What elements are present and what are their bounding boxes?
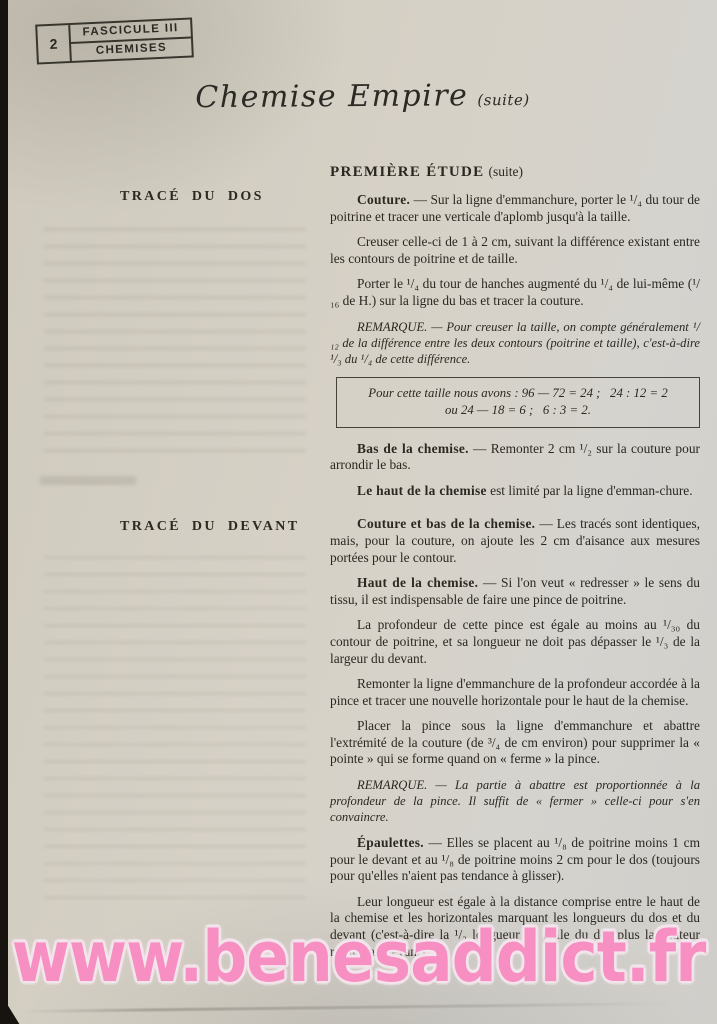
formula-box: Pour cette taille nous avons : 96 — 72 =… [336, 377, 700, 428]
paragraph: Couture et bas de la chemise. — Les trac… [330, 516, 700, 566]
paragraph: Couture. — Sur la ligne d'emmanchure, po… [330, 192, 700, 225]
formula-line: ou 24 — 18 = 6 ; 6 : 3 = 2. [341, 402, 695, 419]
paragraph: Haut de la chemise. — Si l'on veut « red… [330, 575, 700, 608]
section-heading-main: PREMIÈRE ÉTUDE [330, 164, 484, 180]
paragraph: Le haut de la chemise est limité par la … [330, 483, 700, 500]
paragraph: Placer la pince sous la ligne d'emmanchu… [330, 718, 700, 768]
paragraph-lead: Épaulettes. [357, 835, 424, 850]
paragraph-text: Remonter la ligne d'emmanchure de la pro… [330, 676, 700, 708]
paragraph: Épaulettes. — Elles se placent au ¹/₈ de… [330, 835, 700, 885]
paragraph-text: Porter le ¹/₄ du tour de hanches augment… [330, 276, 700, 308]
section-heading-suffix: (suite) [488, 164, 523, 179]
showthrough-texture [40, 476, 136, 485]
paragraph-lead: Le haut de la chemise [357, 483, 487, 498]
paragraph: Bas de la chemise. — Remonter 2 cm ¹/₂ s… [330, 441, 700, 474]
title-main: Chemise Empire [195, 78, 468, 115]
paper-crease [20, 1002, 671, 1013]
paragraph-text: REMARQUE. — La partie à abattre est prop… [330, 778, 700, 824]
paragraph: Remonter la ligne d'emmanchure de la pro… [330, 676, 700, 709]
body-text: Couture. — Sur la ligne d'emmanchure, po… [330, 192, 700, 960]
showthrough-texture [44, 228, 306, 464]
title-suffix: (suite) [477, 91, 529, 109]
scanned-document-photo: 2 FASCICULE III CHEMISES Chemise Empire(… [0, 0, 717, 1024]
document-page: 2 FASCICULE III CHEMISES Chemise Empire(… [8, 0, 717, 1024]
formula-line: Pour cette taille nous avons : 96 — 72 =… [341, 385, 695, 402]
paragraph: La profondeur de cette pince est égale a… [330, 617, 700, 667]
remark-paragraph: REMARQUE. — La partie à abattre est prop… [330, 777, 700, 825]
page-number: 2 [37, 25, 72, 62]
paragraph-lead: Bas de la chemise. [357, 441, 469, 456]
main-text-column: PREMIÈRE ÉTUDE(suite) Couture. — Sur la … [330, 163, 700, 969]
fascicule-corner-tab: 2 FASCICULE III CHEMISES [35, 17, 194, 64]
paragraph: Creuser celle-ci de 1 à 2 cm, suivant la… [330, 234, 700, 267]
paragraph-text: REMARQUE. — Pour creuser la taille, on c… [330, 320, 700, 366]
fascicule-labels: FASCICULE III CHEMISES [70, 20, 192, 61]
watermark: www.benesaddict.fr [0, 916, 717, 998]
paragraph-lead: Couture et bas de la chemise. [357, 516, 535, 531]
section-heading: PREMIÈRE ÉTUDE(suite) [330, 163, 700, 181]
paragraph-lead: Haut de la chemise. [357, 575, 478, 590]
paragraph-text: Creuser celle-ci de 1 à 2 cm, suivant la… [330, 234, 700, 266]
paragraph-text: La profondeur de cette pince est égale a… [330, 617, 700, 665]
showthrough-texture [44, 556, 306, 908]
paragraph: Porter le ¹/₄ du tour de hanches augment… [330, 276, 700, 309]
remark-paragraph: REMARQUE. — Pour creuser la taille, on c… [330, 319, 700, 367]
paragraph-lead: Couture. [357, 192, 410, 207]
paragraph-text: est limité par la ligne d'emman-chure. [487, 483, 693, 498]
margin-heading-trace-du-devant: TRACÉ DU DEVANT [120, 519, 300, 535]
page-title: Chemise Empire(suite) [8, 77, 717, 117]
margin-heading-trace-du-dos: TRACÉ DU DOS [120, 189, 264, 205]
paragraph-text: Placer la pince sous la ligne d'emmanchu… [330, 718, 700, 766]
